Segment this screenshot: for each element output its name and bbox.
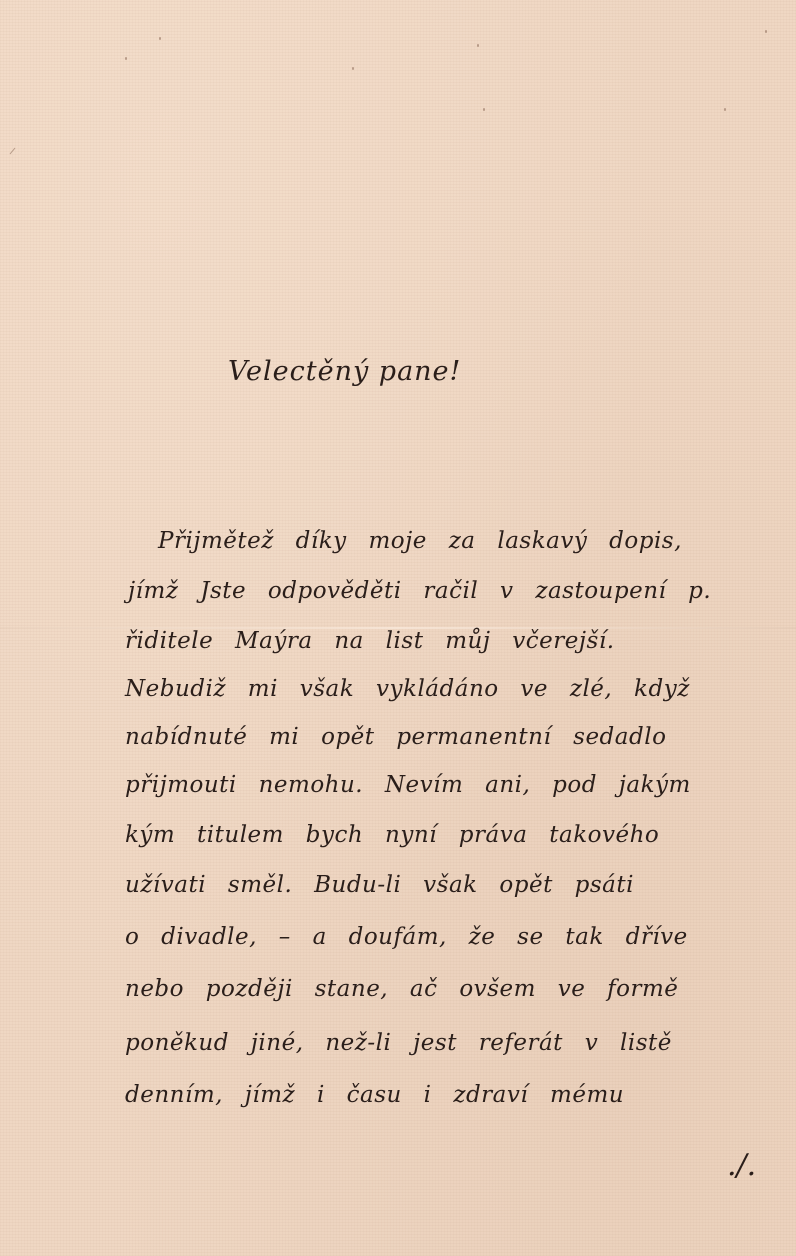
letter-line: kým titulem bych nyní práva takového bbox=[125, 822, 659, 848]
letter-line: nabídnuté mi opět permanentní sedadlo bbox=[125, 724, 666, 750]
paper-speck bbox=[765, 30, 767, 33]
paper-speck bbox=[477, 44, 479, 47]
letter-line: o divadle, – a doufám, že se tak dříve bbox=[125, 924, 688, 950]
paper-speck bbox=[724, 108, 726, 111]
letter-line: přijmouti nemohu. Nevím ani, pod jakým bbox=[125, 772, 691, 798]
paper-speck bbox=[125, 57, 127, 60]
paper-speck bbox=[352, 67, 354, 70]
letter-page: Velectěný pane! Přijmětež díky moje za l… bbox=[0, 0, 796, 1256]
paper-speck bbox=[483, 108, 485, 111]
letter-salutation: Velectěný pane! bbox=[228, 356, 461, 387]
letter-line: Nebudiž mi však vykládáno ve zlé, když bbox=[125, 676, 690, 702]
letter-line: nebo později stane, ač ovšem ve formě bbox=[125, 976, 678, 1002]
letter-line: užívati směl. Budu-li však opět psáti bbox=[125, 872, 634, 898]
letter-line: řiditele Maýra na list můj včerejší. bbox=[125, 628, 615, 654]
letter-line: Přijmětež díky moje za laskavý dopis, bbox=[158, 528, 682, 554]
letter-line: poněkud jiné, než-li jest referát v list… bbox=[125, 1030, 672, 1056]
letter-line: jímž Jste odpověděti račil v zastoupení … bbox=[128, 578, 711, 604]
paper-speck bbox=[10, 148, 16, 155]
letter-line: denním, jímž i času i zdraví mému bbox=[125, 1082, 624, 1108]
page-continuation-mark: ./. bbox=[727, 1148, 756, 1183]
paper-speck bbox=[159, 37, 161, 40]
